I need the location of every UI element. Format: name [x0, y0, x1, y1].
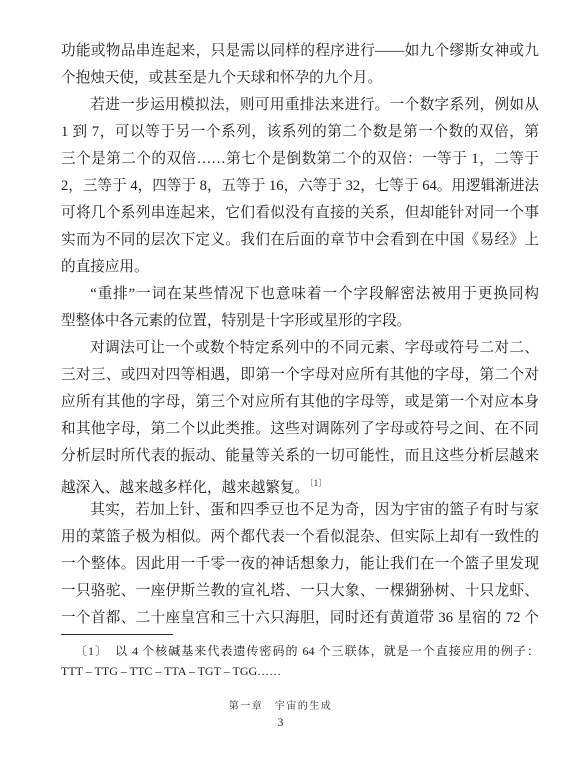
body-line: 和其他字母，第二个以此类推。这些对调陈列了字母或符号之间、在不同 — [61, 416, 539, 443]
body-line-text: 分析层时所代表的振动、能量等关系的一切可能性，而且这些分析层越来 — [61, 448, 539, 464]
body-line: 三对三、或四对四等相遇，即第一个字母对应所有其他的字母，第二个对 — [61, 362, 539, 389]
body-line: 1 到 7，可以等于另一个系列，该系列的第二个数是第一个数的双倍，第 — [61, 119, 539, 146]
body-line-text: 若进一步运用模拟法，则可用重排法来进行。一个数字系列，例如从 — [90, 97, 539, 113]
body-line: 型整体中各元素的位置，特别是十字形或星形的字段。 — [61, 308, 539, 335]
body-line-text: 可将几个系列串连起来，它们看似没有直接的关系，但却能针对同一个事 — [61, 205, 539, 221]
body-line: 可将几个系列串连起来，它们看似没有直接的关系，但却能针对同一个事 — [61, 200, 539, 227]
body-line: 用的菜篮子极为相似。两个都代表一个看似混杂、但实际上却有一致性的 — [61, 524, 539, 551]
body-line-text: 型整体中各元素的位置，特别是十字形或星形的字段。 — [61, 313, 411, 329]
footnote-line: 〔1〕 以 4 个核碱基来代表遗传密码的 64 个三联体，就是一个直接应用的例子… — [61, 641, 539, 661]
body-line: 功能或物品串连起来，只是需以同样的程序进行——如九个缪斯女神或九 — [61, 38, 539, 65]
body-line-text: 越深入、越来越多样化，越来越繁复。 — [61, 480, 309, 496]
body-line: 其实，若加上针、蛋和四季豆也不足为奇，因为宇宙的篮子有时与家 — [61, 497, 539, 524]
body-line-text: 其实，若加上针、蛋和四季豆也不足为奇，因为宇宙的篮子有时与家 — [90, 502, 539, 518]
body-line-text: 个抱烛天使，或甚至是九个天球和怀孕的九个月。 — [61, 70, 382, 86]
body-line: 个抱烛天使，或甚至是九个天球和怀孕的九个月。 — [61, 65, 539, 92]
body-text: 功能或物品串连起来，只是需以同样的程序进行——如九个缪斯女神或九个抱烛天使，或甚… — [61, 38, 539, 632]
body-line-text: 一个整体。因此用一千零一夜的神话想象力，能让我们在一个篮子里发现 — [61, 556, 539, 572]
body-line-text: 功能或物品串连起来，只是需以同样的程序进行——如九个缪斯女神或九 — [61, 43, 539, 59]
body-line-text: 一个首都、二十座皇宫和三十六只海胆，同时还有黄道带 36 星宿的 72 个 — [61, 610, 539, 626]
body-line: 2，三等于 4，四等于 8，五等于 16，六等于 32，七等于 64。用逻辑渐进… — [61, 173, 539, 200]
body-line: 分析层时所代表的振动、能量等关系的一切可能性，而且这些分析层越来 — [61, 443, 539, 470]
body-line-text: 应所有其他的字母，第三个对应所有其他的字母等，或是第一个对应本身 — [61, 394, 539, 410]
body-line-text: 三对三、或四对四等相遇，即第一个字母对应所有其他的字母，第二个对 — [61, 367, 539, 383]
body-line: 若进一步运用模拟法，则可用重排法来进行。一个数字系列，例如从 — [61, 92, 539, 119]
footnote-line: TTT – TTG – TTC – TTA – TGT – TGG…… — [61, 661, 539, 681]
body-line: 一个首都、二十座皇宫和三十六只海胆，同时还有黄道带 36 星宿的 72 个 — [61, 605, 539, 632]
body-line-text: 对调法可让一个或数个特定系列中的不同元素、字母或符号二对二、 — [90, 340, 539, 356]
body-line-text: 一只骆驼、一座伊斯兰教的宣礼塔、一只大象、一棵猢狲树、十只龙虾、 — [61, 583, 539, 599]
body-line-text: 2，三等于 4，四等于 8，五等于 16，六等于 32，七等于 64。用逻辑渐进… — [61, 178, 539, 194]
running-footer-chapter: 第一章 宇宙的生成 — [0, 697, 561, 712]
body-line-text: 实而为不同的层次下定义。我们在后面的章节中会看到在中国《易经》上 — [61, 232, 539, 248]
body-line: 应所有其他的字母，第三个对应所有其他的字母等，或是第一个对应本身 — [61, 389, 539, 416]
body-line-text: 三个是第二个的双倍……第七个是倒数第二个的双倍：一等于 1，二等于 — [61, 151, 539, 167]
body-line: “重排”一词在某些情况下也意味着一个字段解密法被用于更换同构 — [61, 281, 539, 308]
body-line-text: 和其他字母，第二个以此类推。这些对调陈列了字母或符号之间、在不同 — [61, 421, 539, 437]
page-number: 3 — [0, 717, 561, 729]
footnote-reference-marker: 〔1〕 — [309, 478, 327, 488]
body-line-text: 的直接应用。 — [61, 259, 149, 275]
body-line-text: 用的菜篮子极为相似。两个都代表一个看似混杂、但实际上却有一致性的 — [61, 529, 539, 545]
footnote-divider — [61, 634, 173, 635]
body-line: 三个是第二个的双倍……第七个是倒数第二个的双倍：一等于 1，二等于 — [61, 146, 539, 173]
footnote: 〔1〕 以 4 个核碱基来代表遗传密码的 64 个三联体，就是一个直接应用的例子… — [61, 641, 539, 681]
body-line: 对调法可让一个或数个特定系列中的不同元素、字母或符号二对二、 — [61, 335, 539, 362]
body-line: 实而为不同的层次下定义。我们在后面的章节中会看到在中国《易经》上 — [61, 227, 539, 254]
body-line: 一只骆驼、一座伊斯兰教的宣礼塔、一只大象、一棵猢狲树、十只龙虾、 — [61, 578, 539, 605]
body-line-text: “重排”一词在某些情况下也意味着一个字段解密法被用于更换同构 — [90, 286, 539, 302]
body-line: 一个整体。因此用一千零一夜的神话想象力，能让我们在一个篮子里发现 — [61, 551, 539, 578]
book-page: 功能或物品串连起来，只是需以同样的程序进行——如九个缪斯女神或九个抱烛天使，或甚… — [0, 0, 561, 779]
body-line: 的直接应用。 — [61, 254, 539, 281]
body-line: 越深入、越来越多样化，越来越繁复。〔1〕 — [61, 470, 539, 497]
body-line-text: 1 到 7，可以等于另一个系列，该系列的第二个数是第一个数的双倍，第 — [61, 124, 539, 140]
